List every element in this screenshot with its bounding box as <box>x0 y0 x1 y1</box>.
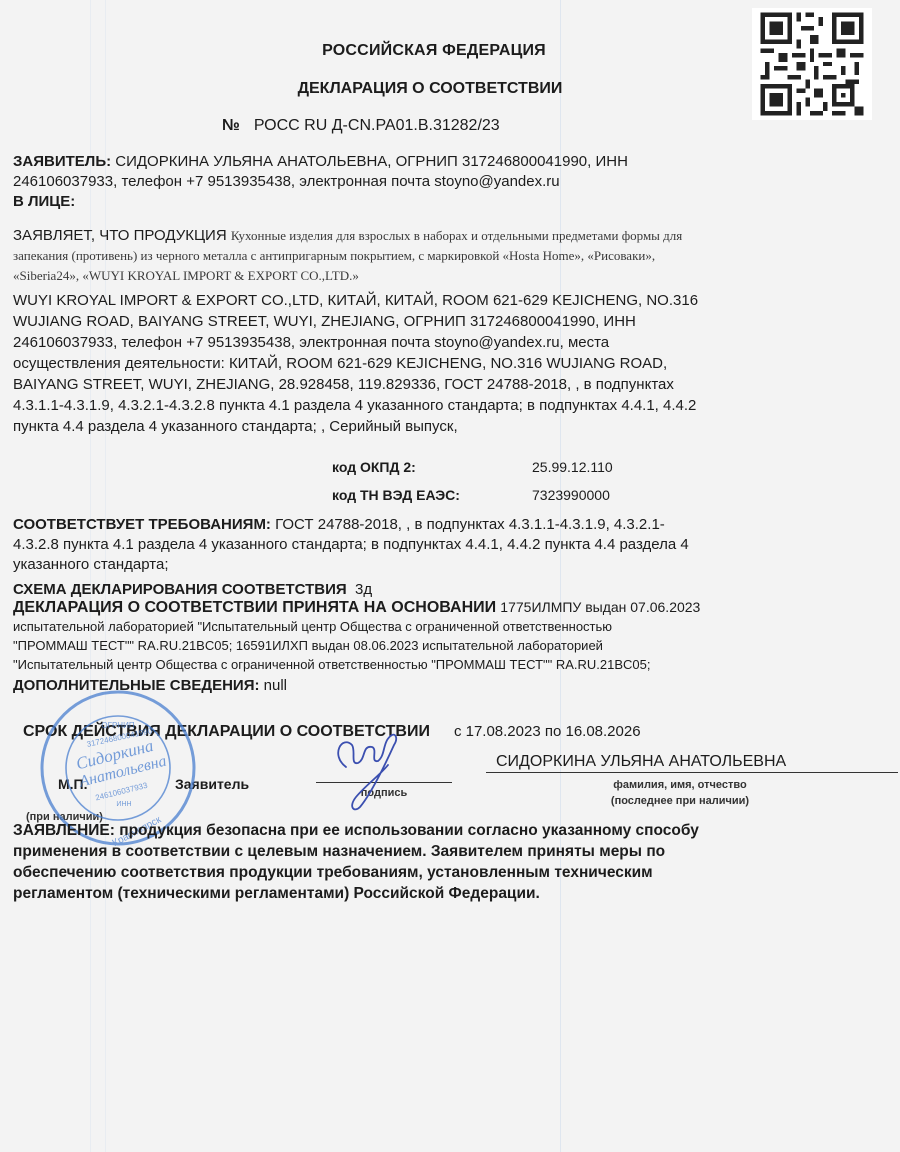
handwritten-signature <box>320 715 420 815</box>
in-person-label: В ЛИЦЕ: <box>13 192 893 212</box>
basis-line2: испытательной лабораторией "Испытательны… <box>13 617 893 636</box>
okpd-value: 25.99.12.110 <box>532 459 613 475</box>
applicant-section: ЗАЯВИТЕЛЬ: СИДОРКИНА УЛЬЯНА АНАТОЛЬЕВНА,… <box>13 152 893 212</box>
statement-line3: обеспечению соответствия продукции требо… <box>13 862 893 883</box>
maker-line: осуществления деятельности: КИТАЙ, ROOM … <box>13 353 893 374</box>
product-desc-line1: Кухонные изделия для взрослых в наборах … <box>231 228 682 243</box>
statement-line1: продукция безопасна при ее использовании… <box>119 822 699 839</box>
maker-line: WUJIANG ROAD, BAIYANG STREET, WUYI, ZHEJ… <box>13 311 893 332</box>
okpd-label: код ОКПД 2: <box>332 459 532 475</box>
signature-icon <box>320 715 420 815</box>
applicant-label: ЗАЯВИТЕЛЬ: <box>13 153 111 170</box>
basis-section: ДЕКЛАРАЦИЯ О СООТВЕТСТВИИ ПРИНЯТА НА ОСН… <box>13 598 893 674</box>
number-sign: № <box>222 117 240 134</box>
okpd-code-row: код ОКПД 2:25.99.12.110 <box>332 459 613 475</box>
validity-value: с 17.08.2023 по 16.08.2026 <box>454 723 641 740</box>
applicant-line2: 246106037933, телефон +7 9513935438, эле… <box>13 172 893 192</box>
qr-code-icon <box>752 8 872 120</box>
additional-value: null <box>264 677 287 694</box>
basis-line1: 1775ИЛМПУ выдан 07.06.2023 <box>500 599 700 615</box>
maker-line: пункта 4.4 раздела 4 указанного стандарт… <box>13 416 893 437</box>
tnved-label: код ТН ВЭД ЕАЭС: <box>332 487 532 503</box>
product-label: ЗАЯВЛЯЕТ, ЧТО ПРОДУКЦИЯ <box>13 227 227 244</box>
statement-label: ЗАЯВЛЕНИЕ: <box>13 822 115 839</box>
maker-line: 246106037933, телефон +7 9513935438, эле… <box>13 332 893 353</box>
scheme-section: СХЕМА ДЕКЛАРИРОВАНИЯ СООТВЕТСТВИЯ 3д <box>13 580 893 600</box>
maker-line: BAIYANG STREET, WUYI, ZHEJIANG, 28.92845… <box>13 374 893 395</box>
document-number-value: РОСС RU Д-CN.PA01.B.31282/23 <box>254 117 500 134</box>
name-line <box>486 772 898 773</box>
compliance-section: СООТВЕТСТВУЕТ ТРЕБОВАНИЯМ: ГОСТ 24788-20… <box>13 515 893 575</box>
name-caption-secondary: (последнее при наличии) <box>560 795 800 807</box>
svg-text:ИНН: ИНН <box>116 801 131 808</box>
tnved-code-row: код ТН ВЭД ЕАЭС:7323990000 <box>332 487 610 503</box>
basis-line3: "ПРОММАШ ТЕСТ"" RA.RU.21BC05; 16591ИЛХП … <box>13 636 893 655</box>
document-title: ДЕКЛАРАЦИЯ О СООТВЕТСТВИИ <box>0 80 880 98</box>
statement-section: ЗАЯВЛЕНИЕ: продукция безопасна при ее ис… <box>13 820 893 904</box>
document-number: №РОСС RU Д-CN.PA01.B.31282/23 <box>222 117 500 135</box>
tnved-value: 7323990000 <box>532 487 610 503</box>
declaration-document: РОССИЙСКАЯ ФЕДЕРАЦИЯ ДЕКЛАРАЦИЯ О СООТВЕ… <box>0 0 900 1152</box>
applicant-line1: СИДОРКИНА УЛЬЯНА АНАТОЛЬЕВНА, ОГРНИП 317… <box>115 153 628 170</box>
name-caption: фамилия, имя, отчество <box>560 779 800 791</box>
basis-line4: "Испытательный центр Общества с ограниче… <box>13 655 893 674</box>
statement-line4: регламентом (техническими регламентами) … <box>13 883 893 904</box>
maker-line: WUYI KROYAL IMPORT & EXPORT CO.,LTD, КИТ… <box>13 290 893 311</box>
manufacturer-section: WUYI KROYAL IMPORT & EXPORT CO.,LTD, КИТ… <box>13 290 893 437</box>
compliance-line2: 4.3.2.8 пункта 4.1 раздела 4 указанного … <box>13 535 893 555</box>
scheme-value: 3д <box>355 581 372 598</box>
scheme-label: СХЕМА ДЕКЛАРИРОВАНИЯ СООТВЕТСТВИЯ <box>13 581 347 598</box>
signer-full-name: СИДОРКИНА УЛЬЯНА АНАТОЛЬЕВНА <box>496 752 786 772</box>
statement-line2: применения в соответствии с целевым назн… <box>13 841 893 862</box>
compliance-line1: ГОСТ 24788-2018, , в подпунктах 4.3.1.1-… <box>275 516 665 533</box>
maker-line: 4.3.1.1-4.3.1.9, 4.3.2.1-4.3.2.8 пункта … <box>13 395 893 416</box>
qr-code[interactable] <box>752 8 872 120</box>
product-section: ЗАЯВЛЯЕТ, ЧТО ПРОДУКЦИЯ Кухонные изделия… <box>13 226 893 286</box>
compliance-label: СООТВЕТСТВУЕТ ТРЕБОВАНИЯМ: <box>13 516 271 533</box>
product-desc-line3: «Siberia24», «WUYI KROYAL IMPORT & EXPOR… <box>13 266 893 286</box>
basis-label: ДЕКЛАРАЦИЯ О СООТВЕТСТВИИ ПРИНЯТА НА ОСН… <box>13 599 496 616</box>
country-title: РОССИЙСКАЯ ФЕДЕРАЦИЯ <box>0 42 884 60</box>
svg-text:ОГРНИП: ОГРНИП <box>101 721 134 730</box>
product-desc-line2: запекания (противень) из черного металла… <box>13 246 893 266</box>
compliance-line3: указанного стандарта; <box>13 555 893 575</box>
